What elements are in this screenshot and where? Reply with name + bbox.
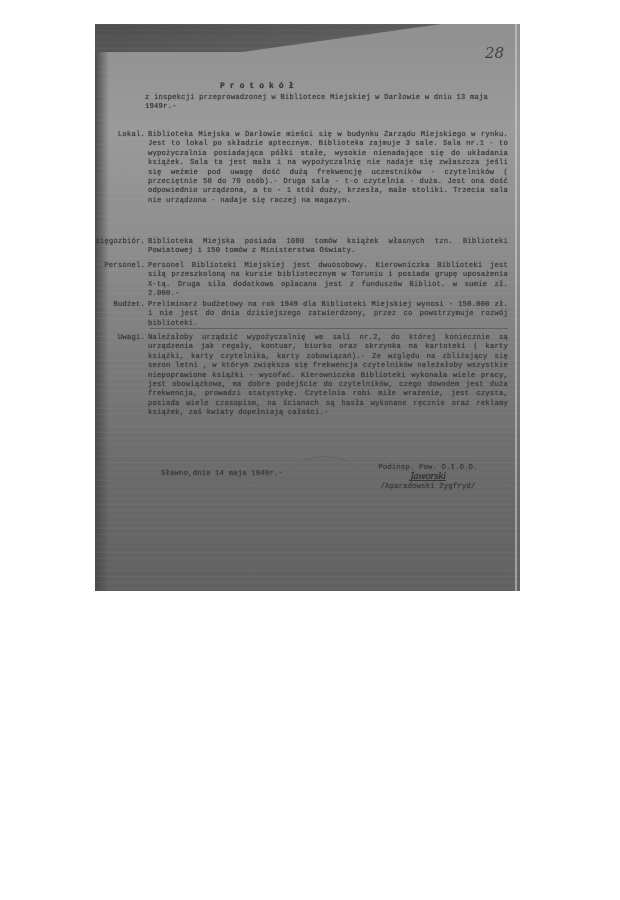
place-date: Sławno,dnia 14 maja 1949r.- xyxy=(161,470,283,479)
section-label: Lokal. xyxy=(95,131,145,140)
document-title: Protokół xyxy=(220,82,298,91)
section-label: Budżet. xyxy=(95,301,145,310)
page-number: 28 xyxy=(485,44,504,62)
scan-top-shadow xyxy=(95,24,520,52)
scanned-document: 28 Protokół z inspekcji przeprowadzonej … xyxy=(95,24,520,591)
section-label: Uwagi. xyxy=(95,334,145,343)
section-body: Preliminarz budżetowy na rok 1949 dla Bi… xyxy=(148,301,508,329)
page-background: 28 Protokół z inspekcji przeprowadzonej … xyxy=(0,0,620,900)
divider-line xyxy=(150,328,508,329)
signature-handwritten: Jaworski xyxy=(353,473,503,482)
section-body: Należałoby urządzić wypożyczalnię we sal… xyxy=(148,334,508,419)
scan-edge xyxy=(515,24,517,591)
section-body: Personel Biblioteki Miejskiej jest dwuos… xyxy=(148,262,508,300)
section-body: Biblioteka Miejska w Darłowie mieści się… xyxy=(148,131,508,206)
section-label: Personel. xyxy=(95,262,145,271)
signature-block: Podinsp. Pow. O.I.O.D. Jaworski /Aparado… xyxy=(353,464,503,492)
document-subtitle: z inspekcji przeprowadzonej w Bibliotece… xyxy=(145,94,505,113)
section-label: Księgozbiór. xyxy=(95,238,145,247)
signature-name: /Aparadowski Zygfryd/ xyxy=(353,483,503,492)
section-body: Biblioteka Miejska posiada 1080 tomów ks… xyxy=(148,238,508,257)
stamp-mark xyxy=(295,456,355,487)
